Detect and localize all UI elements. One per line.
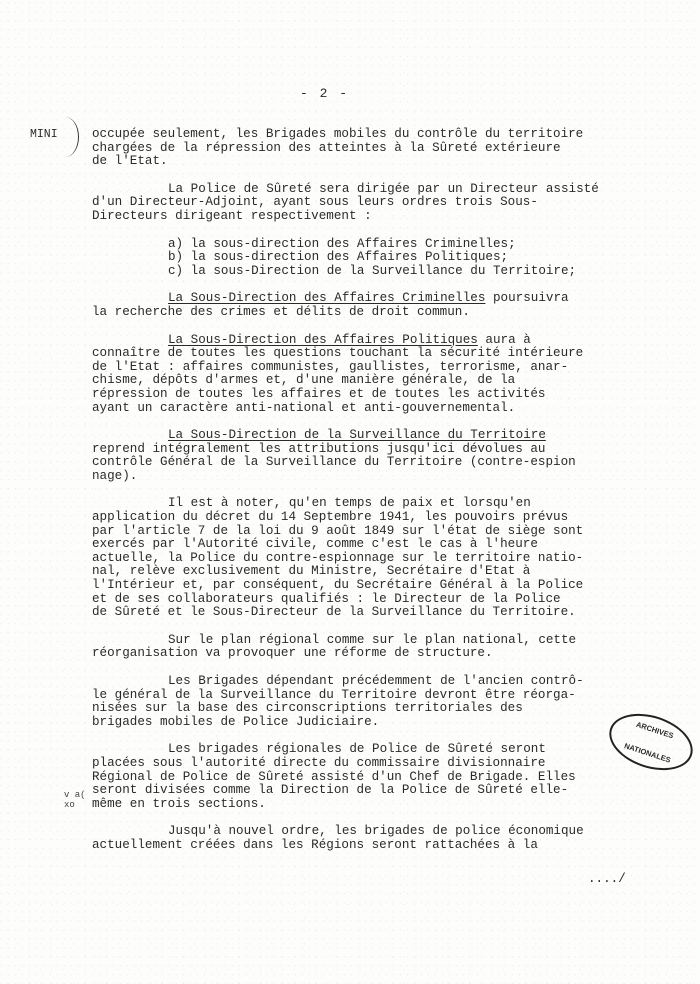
continuation-mark: ..../	[588, 872, 626, 886]
text-line: la recherche des crimes et délits de dro…	[92, 306, 652, 320]
text-line: seront divisées comme la Direction de la…	[92, 784, 652, 798]
paragraph: La Police de Sûreté sera dirigée par un …	[92, 183, 652, 224]
text-line: de l'Etat.	[92, 155, 652, 169]
paragraph: a) la sous-direction des Affaires Crimin…	[92, 238, 652, 279]
text-line: Jusqu'à nouvel ordre, les brigades de po…	[92, 825, 652, 839]
text-line: brigades mobiles de Police Judiciaire.	[92, 716, 652, 730]
text-line: nal, relève exclusivement du Ministre, S…	[92, 565, 652, 579]
text-line: même en trois sections.	[92, 798, 652, 812]
section-heading: La Sous-Direction des Affaires Criminell…	[168, 291, 485, 305]
text-line: le général de la Surveillance du Territo…	[92, 689, 652, 703]
paragraph-gap	[92, 169, 652, 183]
text-line: nage).	[92, 470, 652, 484]
paragraph: occupée seulement, les Brigades mobiles …	[92, 128, 652, 169]
text-line: Régional de Police de Sûreté assisté d'u…	[92, 771, 652, 785]
list-item: b) la sous-direction des Affaires Politi…	[92, 251, 652, 265]
text-line: connaître de toutes les questions toucha…	[92, 347, 652, 361]
text-line: de Sûreté et le Sous-Directeur de la Sur…	[92, 606, 652, 620]
text-line: par l'article 7 de la loi du 9 août 1849…	[92, 525, 652, 539]
text-line: La Police de Sûreté sera dirigée par un …	[92, 183, 652, 197]
text-line: l'Intérieur et, par conséquent, du Secré…	[92, 579, 652, 593]
paragraph-gap	[92, 320, 652, 334]
paragraph: Les brigades régionales de Police de Sûr…	[92, 743, 652, 811]
text-line: Il est à noter, qu'en temps de paix et l…	[92, 497, 652, 511]
section-heading: La Sous-Direction de la Surveillance du …	[168, 428, 546, 442]
paragraph-gap	[92, 483, 652, 497]
list-item: c) la sous-Direction de la Surveillance …	[92, 265, 652, 279]
paragraph-gap	[92, 811, 652, 825]
text-line: occupée seulement, les Brigades mobiles …	[92, 128, 652, 142]
margin-bracket	[52, 117, 79, 157]
paragraph: La Sous-Direction des Affaires Criminell…	[92, 292, 652, 319]
paragraph: La Sous-Direction des Affaires Politique…	[92, 334, 652, 416]
margin-annotation: ⅴ a( xo	[64, 790, 86, 810]
paragraph-gap	[92, 415, 652, 429]
text-line: Sur le plan régional comme sur le plan n…	[92, 634, 652, 648]
text-line: d'un Directeur-Adjoint, ayant sous leurs…	[92, 196, 652, 210]
paragraph-gap	[92, 224, 652, 238]
paragraph: La Sous-Direction de la Surveillance du …	[92, 429, 652, 483]
text-line: actuelle, la Police du contre-espionnage…	[92, 552, 652, 566]
text-line: nisées sur la base des circonscriptions …	[92, 702, 652, 716]
text-line: Les brigades régionales de Police de Sûr…	[92, 743, 652, 757]
text-line: de l'Etat : affaires communistes, gaulli…	[92, 361, 652, 375]
text-line: chargées de la répression des atteintes …	[92, 142, 652, 156]
text-line: reprend intégralement les attributions j…	[92, 443, 652, 457]
text-line: réorganisation va provoquer une réforme …	[92, 647, 652, 661]
text-line: La Sous-Direction de la Surveillance du …	[92, 429, 652, 443]
text-line: La Sous-Direction des Affaires Politique…	[92, 334, 652, 348]
paragraph-gap	[92, 729, 652, 743]
paragraph: Sur le plan régional comme sur le plan n…	[92, 634, 652, 661]
text-line: application du décret du 14 Septembre 19…	[92, 511, 652, 525]
paragraph: Les Brigades dépendant précédemment de l…	[92, 675, 652, 729]
list-item: a) la sous-direction des Affaires Crimin…	[92, 238, 652, 252]
text-line: placées sous l'autorité directe du commi…	[92, 757, 652, 771]
section-heading: La Sous-Direction des Affaires Politique…	[168, 333, 478, 347]
text-line: Les Brigades dépendant précédemment de l…	[92, 675, 652, 689]
text-line: La Sous-Direction des Affaires Criminell…	[92, 292, 652, 306]
text-line: Directeurs dirigeant respectivement :	[92, 210, 652, 224]
paragraph-gap	[92, 620, 652, 634]
text-line: contrôle Général de la Surveillance du T…	[92, 456, 652, 470]
text-line: actuellement créées dans les Régions ser…	[92, 839, 652, 853]
page-number: - 2 -	[300, 86, 349, 101]
text-line: répression de toutes les affaires et de …	[92, 388, 652, 402]
text-line: ayant un caractère anti-national et anti…	[92, 402, 652, 416]
paragraph-gap	[92, 661, 652, 675]
paragraph: Il est à noter, qu'en temps de paix et l…	[92, 497, 652, 619]
paragraph: Jusqu'à nouvel ordre, les brigades de po…	[92, 825, 652, 852]
document-body: occupée seulement, les Brigades mobiles …	[92, 128, 652, 853]
paragraph-gap	[92, 278, 652, 292]
text-line: et de ses collaborateurs qualifiés : le …	[92, 593, 652, 607]
text-line: chisme, dépôts d'armes et, d'une manière…	[92, 374, 652, 388]
text-line: exercés par l'Autorité civile, comme c'e…	[92, 538, 652, 552]
